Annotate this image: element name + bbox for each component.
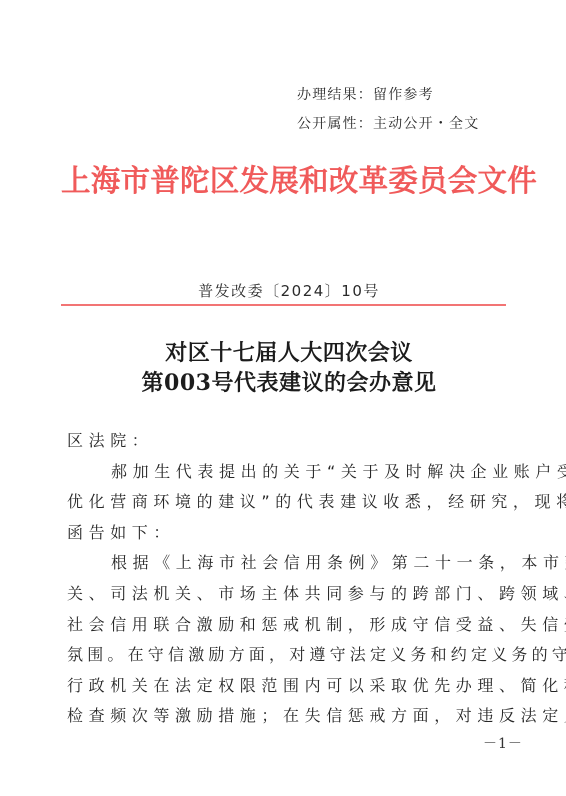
handling-result-label: 办理结果：	[297, 87, 373, 103]
document-number: 普发改委〔2024〕10号	[0, 281, 566, 301]
handling-result: 办理结果：留作参考	[297, 86, 434, 104]
body-line: 优化营商环境的建议”的代表建议收悉，经研究，现将会办意见	[67, 487, 517, 518]
body-line: 函告如下：	[67, 518, 517, 549]
disclosure-value: 主动公开・全文	[373, 116, 479, 132]
issuer-title: 上海市普陀区发展和改革委员会文件	[61, 162, 504, 202]
addressee: 区法院：	[67, 426, 517, 457]
document-title-line-1: 对区十七届人大四次会议	[0, 338, 566, 368]
red-separator-rule	[61, 304, 506, 306]
body-line: 关、司法机关、市场主体共同参与的跨部门、跨领域、跨地区的	[67, 579, 517, 610]
body-line: 行政机关在法定权限范围内可以采取优先办理、简化程序、优化	[67, 671, 517, 702]
body-line: 氛围。在守信激励方面，对遵守法定义务和约定义务的守信主体，	[67, 640, 517, 671]
handling-result-value: 留作参考	[373, 87, 434, 103]
body-line: 根据《上海市社会信用条例》第二十一条，本市建立行政机	[67, 548, 517, 579]
disclosure-attribute: 公开属性：主动公开・全文	[297, 115, 479, 133]
body-line: 郝加生代表提出的关于“关于及时解决企业账户受封问题，	[67, 457, 517, 488]
body-line: 检查频次等激励措施；在失信惩戒方面，对违反法定义务和约定	[67, 701, 517, 732]
document-body: 区法院： 郝加生代表提出的关于“关于及时解决企业账户受封问题， 优化营商环境的建…	[67, 426, 517, 732]
body-line: 社会信用联合激励和惩戒机制，形成守信受益、失信受限的诚信	[67, 610, 517, 641]
document-title-line-2: 第003号代表建议的会办意见	[0, 368, 566, 398]
page-number: －1－	[483, 735, 523, 753]
disclosure-label: 公开属性：	[297, 116, 373, 132]
